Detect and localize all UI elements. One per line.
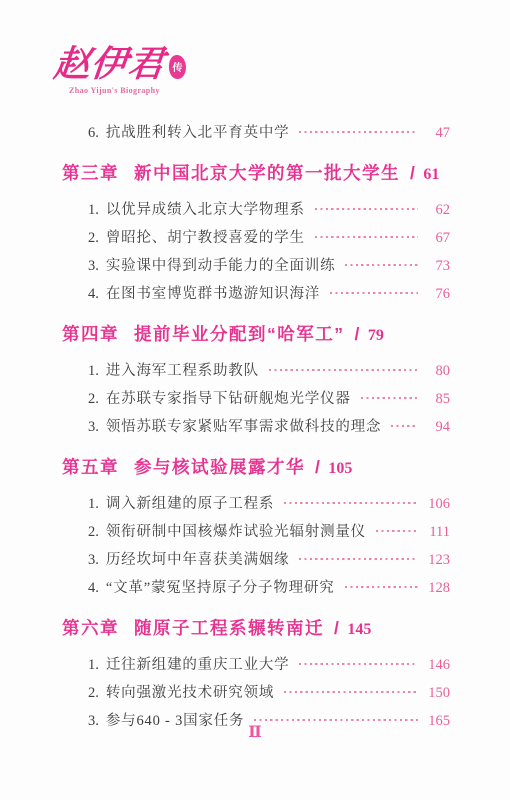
toc-item-number: 4. xyxy=(88,580,99,597)
toc-item-page: 123 xyxy=(424,552,450,569)
toc-item-number: 2. xyxy=(88,685,99,702)
toc-item-number: 6. xyxy=(88,125,99,142)
toc-item-page: 111 xyxy=(424,524,450,541)
chapter-label: 第四章 xyxy=(62,321,119,346)
toc-item: 2. 在苏联专家指导下钻研舰炮光学仪器 85 xyxy=(88,387,450,405)
toc-item: 3. 领悟苏联专家紧贴军事需求做科技的理念 94 xyxy=(88,415,450,433)
toc-item-page: 73 xyxy=(424,258,450,275)
chapter-heading: 第五章 参与核试验展露才华 / 105 xyxy=(62,454,450,476)
dot-leader xyxy=(284,502,418,504)
toc-item-page: 106 xyxy=(424,496,450,513)
chapter-heading: 第四章 提前毕业分配到“哈军工” / 79 xyxy=(62,321,450,343)
chapter-page-number: 79 xyxy=(368,327,384,345)
toc-item: 1. 迁往新组建的重庆工业大学 146 xyxy=(88,653,450,671)
toc-item-page: 62 xyxy=(424,202,450,219)
table-of-contents: 6. 抗战胜利转入北平育英中学 47 第三章 新中国北京大学的第一批大学生 / … xyxy=(62,121,450,737)
logo-subtitle: Zhao Yijun's Biography xyxy=(54,86,186,95)
chapter-heading: 第六章 随原子工程系辗转南迁 / 145 xyxy=(62,615,450,637)
seal-character: 传 xyxy=(173,59,183,74)
toc-item: 6. 抗战胜利转入北平育英中学 47 xyxy=(88,121,450,139)
toc-item: 2. 曾昭抡、胡宁教授喜爱的学生 67 xyxy=(88,226,450,244)
chapter-page-separator: / xyxy=(355,324,361,345)
dot-leader xyxy=(299,558,418,560)
chapter-title: 新中国北京大学的第一批大学生 xyxy=(134,160,400,185)
dot-leader xyxy=(315,208,418,210)
toc-item-number: 3. xyxy=(88,419,99,436)
toc-item-number: 1. xyxy=(88,657,99,674)
toc-item-number: 1. xyxy=(88,363,99,380)
toc-item: 1. 以优异成绩入北京大学物理系 62 xyxy=(88,198,450,216)
chapter-page-number: 105 xyxy=(328,460,352,478)
seal-stamp-icon: 传 xyxy=(169,55,186,79)
toc-item: 4. “文革”蒙冤坚持原子分子物理研究 128 xyxy=(88,576,450,594)
toc-item: 2. 领衔研制中国核爆炸试验光辐射测量仪 111 xyxy=(88,520,450,538)
toc-item-number: 2. xyxy=(88,524,99,541)
chapter-title: 参与核试验展露才华 xyxy=(134,454,305,479)
dot-leader xyxy=(345,586,418,588)
toc-item-number: 3. xyxy=(88,258,99,275)
toc-item-page: 146 xyxy=(424,657,450,674)
chapter-title: 提前毕业分配到“哈军工” xyxy=(134,321,345,346)
chapter-page-separator: / xyxy=(315,457,321,478)
dot-leader xyxy=(299,131,418,133)
toc-item-page: 47 xyxy=(424,125,450,142)
dot-leader xyxy=(315,236,418,238)
toc-item: 2. 转向强激光技术研究领域 150 xyxy=(88,681,450,699)
logo-calligraphy: 赵伊君 xyxy=(52,44,167,85)
toc-item-title: “文革”蒙冤坚持原子分子物理研究 xyxy=(106,576,335,597)
folio-page-number: Ⅱ xyxy=(0,722,510,742)
toc-item: 1. 进入海军工程系助教队 80 xyxy=(88,359,450,377)
chapter-heading: 第三章 新中国北京大学的第一批大学生 / 61 xyxy=(62,160,450,182)
chapter-page-number: 145 xyxy=(347,621,371,639)
toc-item-title: 实验课中得到动手能力的全面训练 xyxy=(106,254,336,275)
toc-item-page: 128 xyxy=(424,580,450,597)
chapter-label: 第五章 xyxy=(62,454,119,479)
book-toc-page: 赵伊君 传 Zhao Yijun's Biography 6. 抗战胜利转入北平… xyxy=(0,0,510,800)
toc-item-page: 76 xyxy=(424,286,450,303)
toc-item-title: 进入海军工程系助教队 xyxy=(106,359,259,380)
toc-item-title: 历经坎坷中年喜获美满姻缘 xyxy=(106,548,290,569)
toc-item-title: 以优异成绩入北京大学物理系 xyxy=(106,198,305,219)
toc-item-number: 1. xyxy=(88,202,99,219)
chapter-label: 第六章 xyxy=(62,615,119,640)
toc-item-page: 85 xyxy=(424,391,450,408)
toc-item-title: 领衔研制中国核爆炸试验光辐射测量仪 xyxy=(106,520,366,541)
chapter-page-separator: / xyxy=(410,163,416,184)
toc-item-title: 抗战胜利转入北平育英中学 xyxy=(106,121,290,142)
dot-leader xyxy=(391,425,418,427)
dot-leader xyxy=(299,663,418,665)
toc-item-number: 4. xyxy=(88,286,99,303)
toc-item-page: 80 xyxy=(424,363,450,380)
toc-item: 3. 实验课中得到动手能力的全面训练 73 xyxy=(88,254,450,272)
toc-item-number: 2. xyxy=(88,230,99,247)
toc-item-title: 曾昭抡、胡宁教授喜爱的学生 xyxy=(106,226,305,247)
chapter-label: 第三章 xyxy=(62,160,119,185)
toc-item-number: 2. xyxy=(88,391,99,408)
toc-item-title: 调入新组建的原子工程系 xyxy=(106,492,274,513)
toc-item-title: 领悟苏联专家紧贴军事需求做科技的理念 xyxy=(106,415,381,436)
toc-item-page: 150 xyxy=(424,685,450,702)
toc-item-page: 67 xyxy=(424,230,450,247)
dot-leader xyxy=(330,292,418,294)
toc-item-title: 在图书室博览群书遨游知识海洋 xyxy=(106,282,320,303)
dot-leader xyxy=(376,530,418,532)
toc-item: 3. 历经坎坷中年喜获美满姻缘 123 xyxy=(88,548,450,566)
chapter-page-number: 61 xyxy=(423,166,439,184)
chapter-page-separator: / xyxy=(334,618,340,639)
toc-item-title: 转向强激光技术研究领域 xyxy=(106,681,274,702)
dot-leader xyxy=(361,397,418,399)
toc-item-number: 3. xyxy=(88,552,99,569)
toc-item-title: 在苏联专家指导下钻研舰炮光学仪器 xyxy=(106,387,351,408)
dot-leader xyxy=(269,369,418,371)
dot-leader xyxy=(284,691,418,693)
dot-leader xyxy=(345,264,418,266)
dot-leader xyxy=(254,719,418,721)
toc-item: 1. 调入新组建的原子工程系 106 xyxy=(88,492,450,510)
toc-item-title: 迁往新组建的重庆工业大学 xyxy=(106,653,290,674)
toc-item-page: 94 xyxy=(424,419,450,436)
toc-item-number: 1. xyxy=(88,496,99,513)
book-logo: 赵伊君 传 Zhao Yijun's Biography xyxy=(54,44,186,95)
chapter-title: 随原子工程系辗转南迁 xyxy=(134,615,324,640)
toc-item: 4. 在图书室博览群书遨游知识海洋 76 xyxy=(88,282,450,300)
